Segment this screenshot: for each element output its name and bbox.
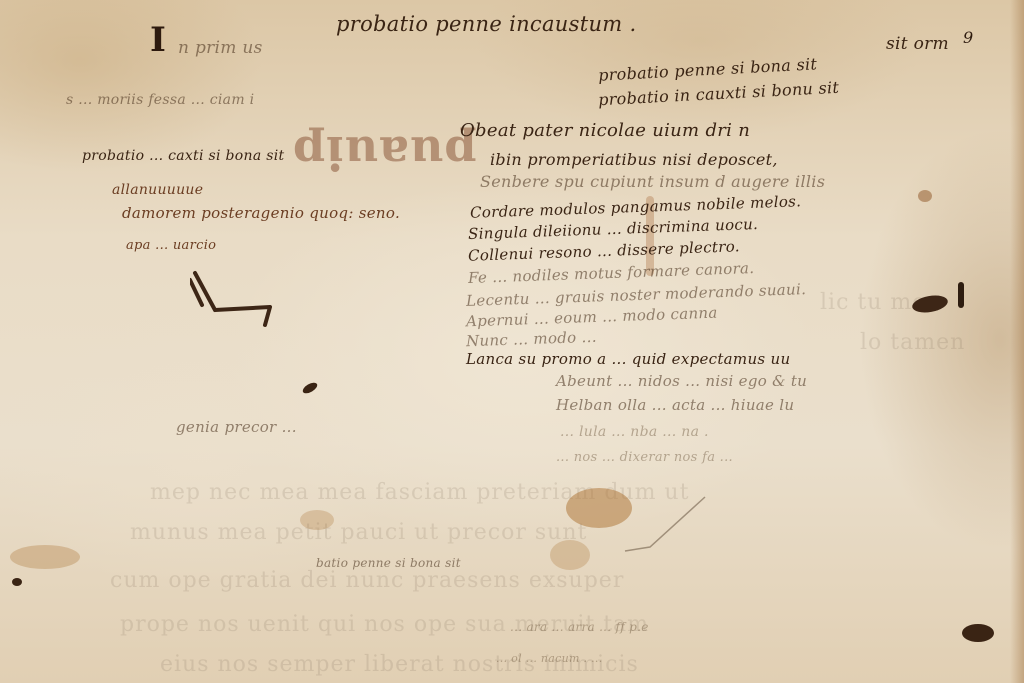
- mirrored-offset-text: puauip: [292, 126, 477, 180]
- water-stain: [10, 545, 80, 569]
- manuscript-line: batio penne si bona sit: [316, 556, 461, 570]
- water-stain: [918, 190, 932, 202]
- show-through-text: lo tamen: [860, 330, 965, 355]
- manuscript-line: ibin promperiatibus nisi deposcet,: [490, 150, 778, 169]
- manuscript-line: probatio penne incaustum .: [336, 12, 636, 36]
- manuscript-line: ... lula ... nba ... na .: [560, 424, 709, 440]
- manuscript-line: ... ara ... arra ... ff p.e: [510, 620, 649, 634]
- ink-spot: [301, 381, 319, 396]
- ink-mark: [958, 282, 964, 308]
- manuscript-page: mep nec mea mea fasciam preteriam dum ut…: [0, 0, 1024, 683]
- manuscript-line: s ... moriis fessa ... ciam i: [66, 92, 254, 108]
- manuscript-line: apa ... uarcio: [126, 238, 216, 253]
- manuscript-line: damorem posteragenio quoq: seno.: [122, 204, 400, 222]
- manuscript-line: Lanca su promo a ... quid expectamus uu: [466, 350, 790, 368]
- manuscript-line: Nunc ... modo ...: [466, 328, 597, 351]
- water-stain: [300, 510, 334, 530]
- manuscript-line: Helban olla ... acta ... hiuae lu: [556, 396, 794, 414]
- manuscript-line: ... nos ... dixerar nos fa ...: [556, 450, 733, 465]
- pen-scribble-mark: [190, 265, 280, 335]
- manuscript-line: probatio ... caxti si bona sit: [82, 148, 284, 164]
- manuscript-line: Senbere spu cupiunt insum d augere illis: [480, 172, 825, 191]
- decorated-initial: I: [150, 20, 166, 60]
- show-through-text: cum ope gratia dei nunc praesens exsuper: [110, 568, 624, 593]
- ink-spot: [12, 578, 22, 586]
- show-through-text: munus mea petit pauci ut precor sunt: [130, 520, 587, 545]
- manuscript-line: ... ol ... nacum . ...: [496, 652, 603, 665]
- manuscript-line: allanuuuuue: [112, 182, 203, 198]
- manuscript-line: n prim us: [178, 38, 263, 58]
- water-stain: [550, 540, 590, 570]
- manuscript-line: Abeunt ... nidos ... nisi ego & tu: [556, 372, 807, 390]
- ink-blot: [962, 624, 994, 642]
- manuscript-line: genia precor ...: [176, 418, 297, 436]
- page-edge-shadow: [1010, 0, 1024, 683]
- folio-number: 9: [963, 28, 973, 47]
- manuscript-line: sit orm: [886, 34, 949, 54]
- manuscript-line: Obeat pater nicolae uium dri n: [460, 120, 750, 141]
- crease-line: [620, 495, 710, 555]
